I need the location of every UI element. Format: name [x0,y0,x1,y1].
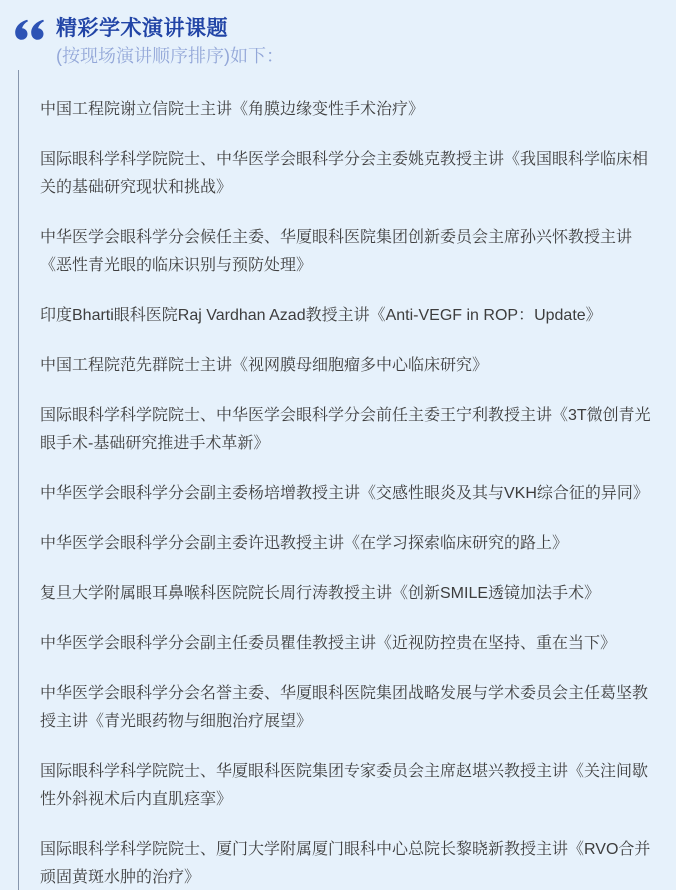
section-header: 精彩学术演讲课题 (按现场演讲顺序排序)如下： [0,0,676,68]
lecture-list: 中国工程院谢立信院士主讲《角膜边缘变性手术治疗》 国际眼科学科学院院士、中华医学… [18,70,676,890]
double-quote-icon [14,19,46,41]
page-subtitle: (按现场演讲顺序排序)如下： [56,44,656,68]
lecture-item: 中华医学会眼科学分会副主任委员瞿佳教授主讲《近视防控贵在坚持、重在当下》 [40,630,655,658]
article-page: 精彩学术演讲课题 (按现场演讲顺序排序)如下： 中国工程院谢立信院士主讲《角膜边… [0,0,676,890]
lecture-item: 中国工程院谢立信院士主讲《角膜边缘变性手术治疗》 [40,96,655,124]
lecture-item: 国际眼科学科学院院士、中华医学会眼科学分会主委姚克教授主讲《我国眼科学临床相关的… [40,146,655,202]
lecture-item: 中国工程院范先群院士主讲《视网膜母细胞瘤多中心临床研究》 [40,352,655,380]
lecture-item: 国际眼科学科学院院士、中华医学会眼科学分会前任主委王宁利教授主讲《3T微创青光眼… [40,402,655,458]
lecture-item: 中华医学会眼科学分会名誉主委、华厦眼科医院集团战略发展与学术委员会主任葛坚教授主… [40,680,655,736]
page-title: 精彩学术演讲课题 [56,16,656,42]
lecture-item: 复旦大学附属眼耳鼻喉科医院院长周行涛教授主讲《创新SMILE透镜加法手术》 [40,580,655,608]
lecture-item: 国际眼科学科学院院士、厦门大学附属厦门眼科中心总院长黎晓新教授主讲《RVO合并顽… [40,836,655,890]
lecture-item: 国际眼科学科学院院士、华厦眼科医院集团专家委员会主席赵堪兴教授主讲《关注间歇性外… [40,758,655,814]
lecture-item: 中华医学会眼科学分会副主委杨培增教授主讲《交感性眼炎及其与VKH综合征的异同》 [40,480,655,508]
header-text: 精彩学术演讲课题 (按现场演讲顺序排序)如下： [56,16,656,68]
lecture-item: 中华医学会眼科学分会候任主委、华厦眼科医院集团创新委员会主席孙兴怀教授主讲《恶性… [40,224,655,280]
lecture-item: 印度Bharti眼科医院Raj Vardhan Azad教授主讲《Anti-VE… [40,302,655,330]
lecture-item: 中华医学会眼科学分会副主委许迅教授主讲《在学习探索临床研究的路上》 [40,530,655,558]
